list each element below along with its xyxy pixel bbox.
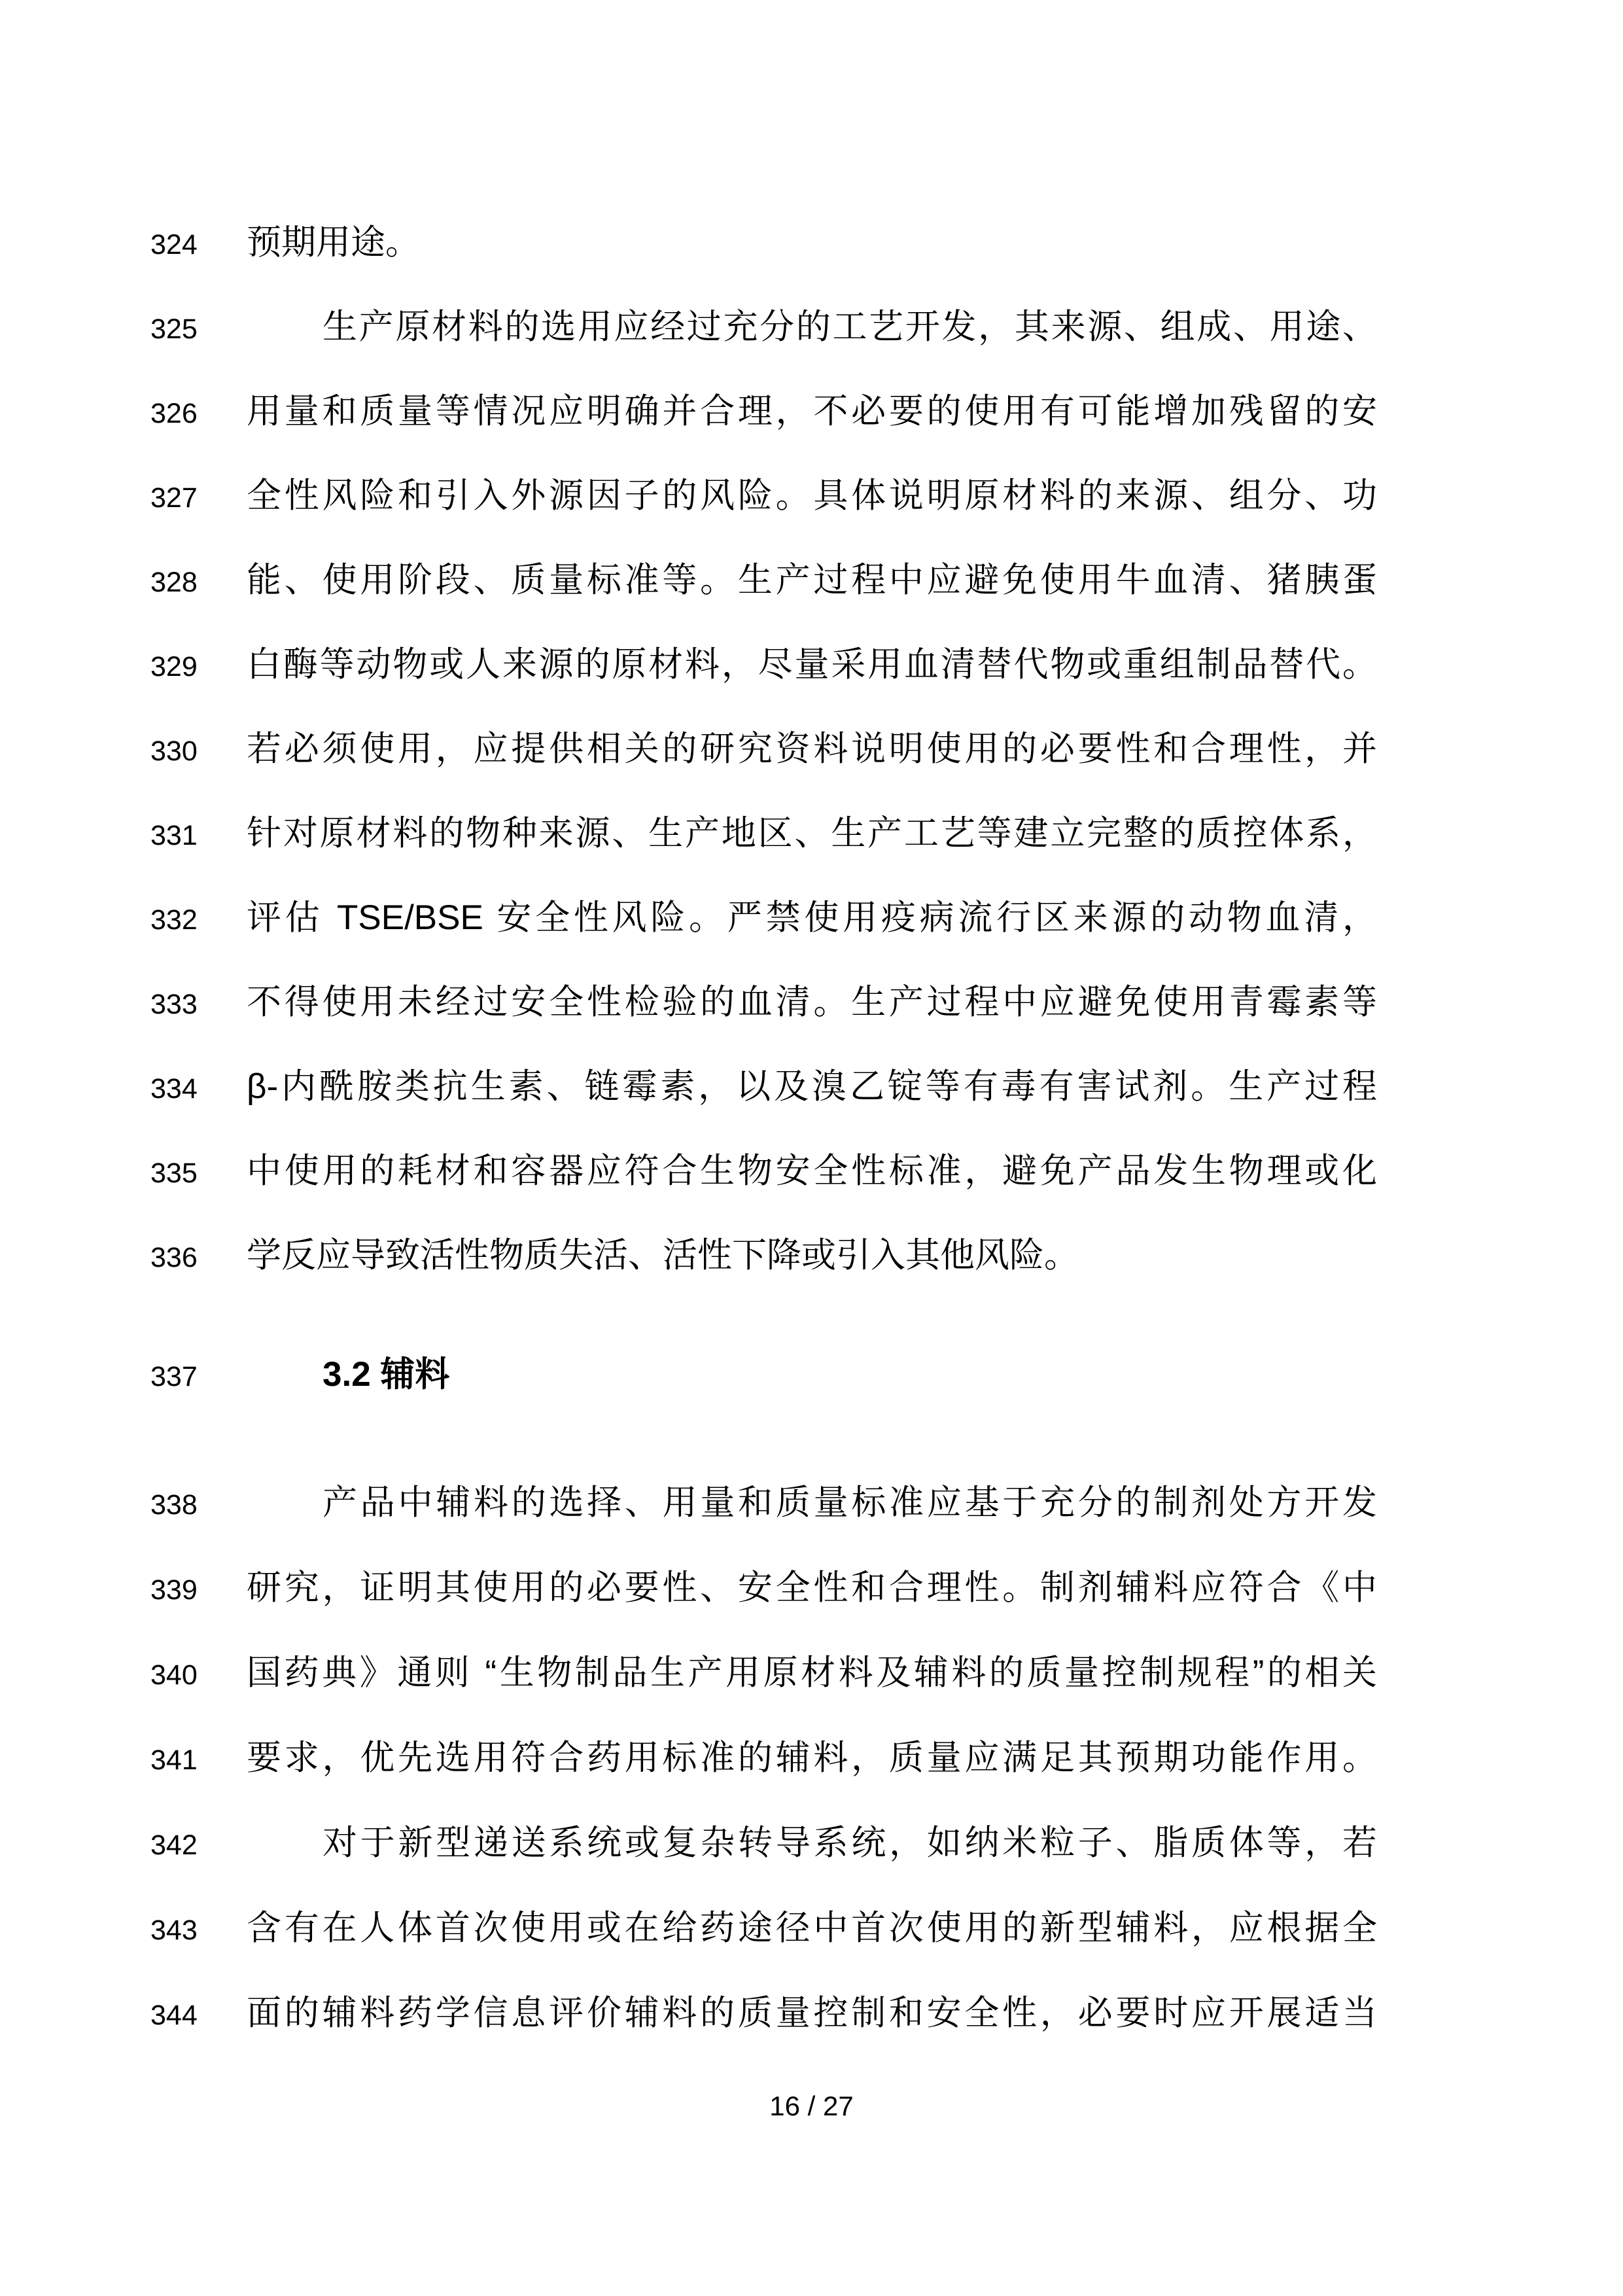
document-line: 335中使用的耗材和容器应符合生物安全性标准，避免产品发生物理或化 <box>0 1150 1377 1192</box>
document-line: 342对于新型递送系统或复杂转导系统，如纳米粒子、脂质体等，若 <box>0 1822 1377 1864</box>
document-line: 327全性风险和引入外源因子的风险。具体说明原材料的来源、组分、功 <box>0 475 1377 517</box>
document-line: 344面的辅料药学信息评价辅料的质量控制和安全性，必要时应开展适当 <box>0 1992 1377 2034</box>
line-text: 不得使用未经过安全性检验的血清。生产过程中应避免使用青霉素等 <box>247 981 1377 1023</box>
line-number: 333 <box>150 983 247 1025</box>
page-number: 16 / 27 <box>0 2091 1623 2122</box>
line-number: 341 <box>150 1739 247 1781</box>
line-number: 331 <box>150 815 247 857</box>
line-text: β-内酰胺类抗生素、链霉素，以及溴乙锭等有毒有害试剂。生产过程 <box>247 1066 1377 1108</box>
line-text: 能、使用阶段、质量标准等。生产过程中应避免使用牛血清、猪胰蛋 <box>247 559 1377 601</box>
line-text: 预期用途。 <box>247 222 1377 264</box>
document-line: 333不得使用未经过安全性检验的血清。生产过程中应避免使用青霉素等 <box>0 981 1377 1023</box>
document-line: 332评估 TSE/BSE 安全性风险。严禁使用疫病流行区来源的动物血清， <box>0 897 1377 939</box>
line-text: 评估 TSE/BSE 安全性风险。严禁使用疫病流行区来源的动物血清， <box>247 897 1377 939</box>
line-number: 343 <box>150 1909 247 1951</box>
line-text: 面的辅料药学信息评价辅料的质量控制和安全性，必要时应开展适当 <box>247 1992 1377 2034</box>
document-line: 334β-内酰胺类抗生素、链霉素，以及溴乙锭等有毒有害试剂。生产过程 <box>0 1066 1377 1108</box>
line-number: 337 <box>150 1356 247 1398</box>
document-line: 329白酶等动物或人来源的原材料，尽量采用血清替代物或重组制品替代。 <box>0 644 1377 686</box>
document-line: 339研究，证明其使用的必要性、安全性和合理性。制剂辅料应符合《中 <box>0 1567 1377 1609</box>
line-text: 中使用的耗材和容器应符合生物安全性标准，避免产品发生物理或化 <box>247 1150 1377 1192</box>
line-number: 332 <box>150 899 247 941</box>
line-text: 产品中辅料的选择、用量和质量标准应基于充分的制剂处方开发 <box>247 1482 1377 1524</box>
line-number: 344 <box>150 1994 247 2036</box>
document-line: 330若必须使用，应提供相关的研究资料说明使用的必要性和合理性，并 <box>0 728 1377 770</box>
line-number: 326 <box>150 393 247 434</box>
line-number: 334 <box>150 1068 247 1110</box>
line-text: 对于新型递送系统或复杂转导系统，如纳米粒子、脂质体等，若 <box>247 1822 1377 1864</box>
document-line: 338产品中辅料的选择、用量和质量标准应基于充分的制剂处方开发 <box>0 1482 1377 1524</box>
document-line: 326用量和质量等情况应明确并合理，不必要的使用有可能增加残留的安 <box>0 391 1377 433</box>
document-line: 328能、使用阶段、质量标准等。生产过程中应避免使用牛血清、猪胰蛋 <box>0 559 1377 601</box>
line-number: 340 <box>150 1654 247 1696</box>
line-number: 324 <box>150 224 247 266</box>
line-text: 含有在人体首次使用或在给药途径中首次使用的新型辅料，应根据全 <box>247 1907 1377 1949</box>
line-text: 全性风险和引入外源因子的风险。具体说明原材料的来源、组分、功 <box>247 475 1377 517</box>
line-text: 生产原材料的选用应经过充分的工艺开发，其来源、组成、用途、 <box>247 306 1377 348</box>
document-line: 331针对原材料的物种来源、生产地区、生产工艺等建立完整的质控体系， <box>0 813 1377 855</box>
line-number: 328 <box>150 561 247 603</box>
document-line: 324预期用途。 <box>0 222 1377 264</box>
section-heading: 3.2 辅料 <box>247 1354 1377 1396</box>
lines-container: 324预期用途。325生产原材料的选用应经过充分的工艺开发，其来源、组成、用途、… <box>0 0 1623 2296</box>
line-number: 327 <box>150 477 247 519</box>
line-text: 白酶等动物或人来源的原材料，尽量采用血清替代物或重组制品替代。 <box>247 644 1377 686</box>
line-number: 336 <box>150 1237 247 1279</box>
document-page: 324预期用途。325生产原材料的选用应经过充分的工艺开发，其来源、组成、用途、… <box>0 0 1623 2296</box>
document-line: 341要求，优先选用符合药用标准的辅料，质量应满足其预期功能作用。 <box>0 1737 1377 1779</box>
line-number: 338 <box>150 1484 247 1526</box>
line-number: 325 <box>150 308 247 350</box>
line-number: 342 <box>150 1824 247 1866</box>
line-text: 针对原材料的物种来源、生产地区、生产工艺等建立完整的质控体系， <box>247 813 1377 855</box>
line-text: 要求，优先选用符合药用标准的辅料，质量应满足其预期功能作用。 <box>247 1737 1377 1779</box>
document-line: 340国药典》通则 “生物制品生产用原材料及辅料的质量控制规程”的相关 <box>0 1652 1377 1694</box>
line-text: 研究，证明其使用的必要性、安全性和合理性。制剂辅料应符合《中 <box>247 1567 1377 1609</box>
document-line: 336学反应导致活性物质失活、活性下降或引入其他风险。 <box>0 1235 1377 1277</box>
line-number: 329 <box>150 646 247 688</box>
line-number: 339 <box>150 1569 247 1611</box>
document-line: 343含有在人体首次使用或在给药途径中首次使用的新型辅料，应根据全 <box>0 1907 1377 1949</box>
document-line: 325生产原材料的选用应经过充分的工艺开发，其来源、组成、用途、 <box>0 306 1377 348</box>
line-text: 用量和质量等情况应明确并合理，不必要的使用有可能增加残留的安 <box>247 391 1377 433</box>
document-line: 3373.2 辅料 <box>0 1354 1377 1396</box>
line-text: 国药典》通则 “生物制品生产用原材料及辅料的质量控制规程”的相关 <box>247 1652 1377 1694</box>
line-number: 335 <box>150 1152 247 1194</box>
line-text: 若必须使用，应提供相关的研究资料说明使用的必要性和合理性，并 <box>247 728 1377 770</box>
line-number: 330 <box>150 730 247 772</box>
line-text: 学反应导致活性物质失活、活性下降或引入其他风险。 <box>247 1235 1377 1277</box>
